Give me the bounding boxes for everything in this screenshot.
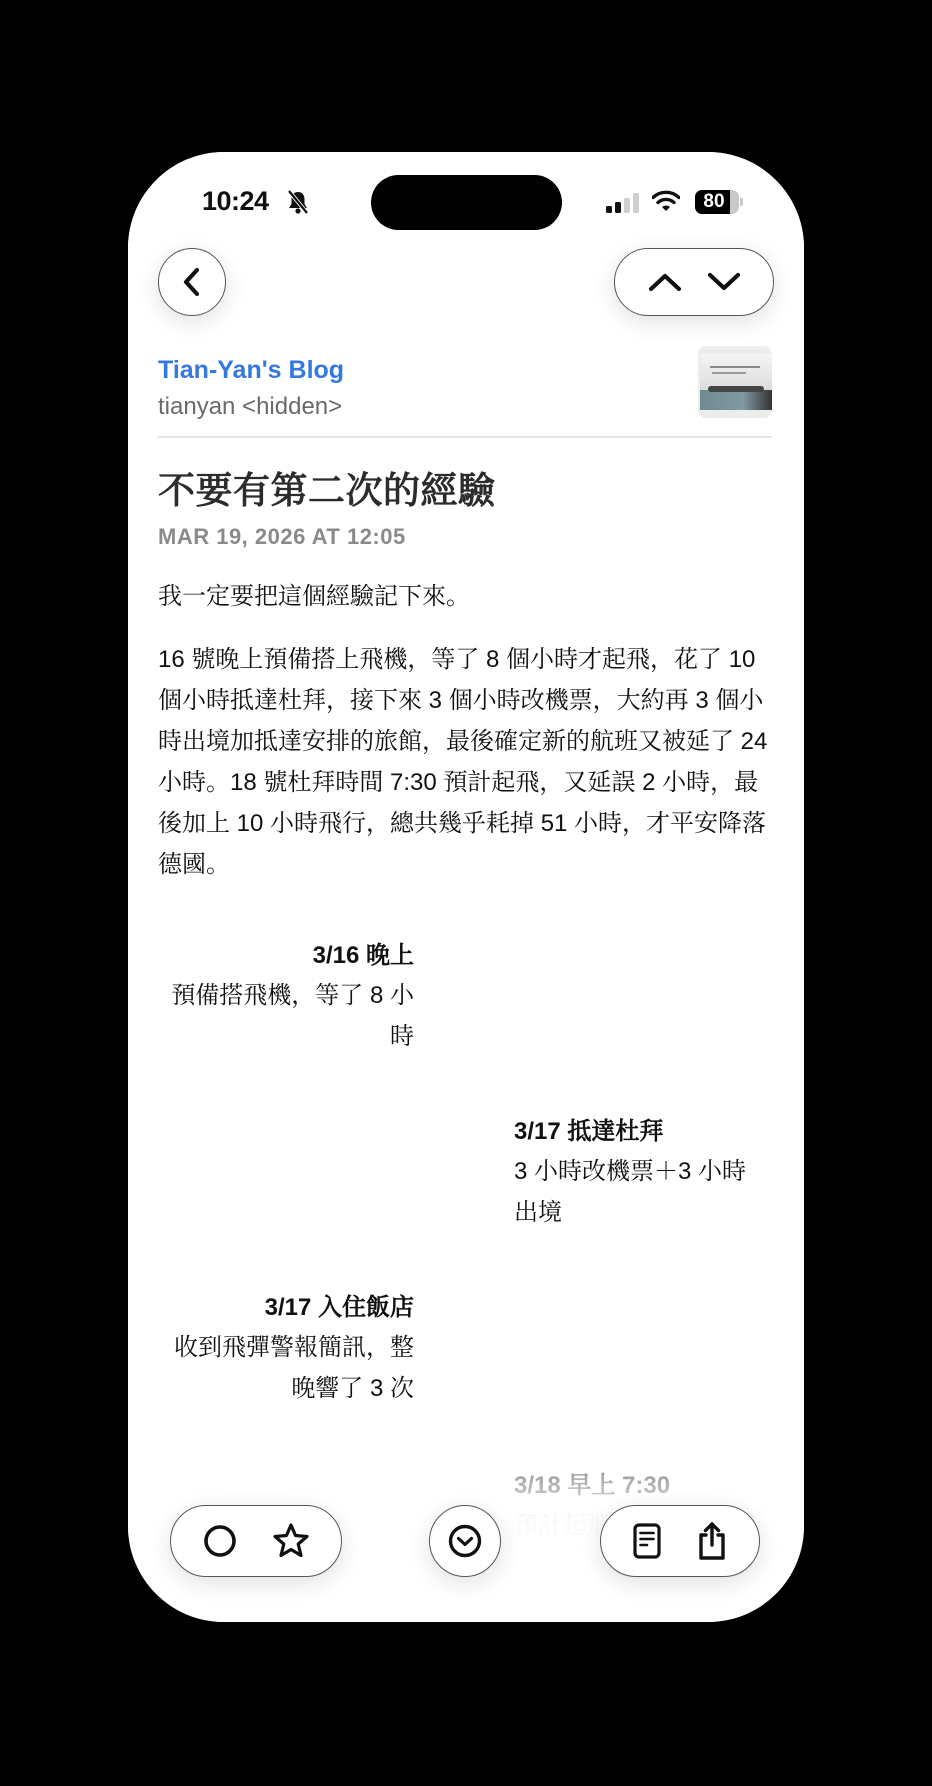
author-label: tianyan <hidden> bbox=[158, 393, 342, 421]
status-actions bbox=[170, 1505, 342, 1577]
timeline-item-heading: 3/17 抵達杜拜 bbox=[514, 1113, 770, 1151]
timeline-item-heading: 3/16 晚上 bbox=[158, 937, 414, 975]
status-bar: 10:24 bbox=[128, 152, 804, 242]
timeline-item: 3/16 晚上 預備搭飛機，等了 8 小時 bbox=[158, 937, 414, 1057]
chevron-up-icon[interactable] bbox=[648, 271, 682, 293]
cellular-signal-icon bbox=[606, 193, 640, 213]
mark-read-button[interactable] bbox=[429, 1505, 501, 1577]
status-time: 10:24 bbox=[202, 186, 269, 217]
dynamic-island bbox=[371, 175, 562, 230]
timeline-item-body: 3 小時改機票＋3 小時出境 bbox=[514, 1151, 770, 1233]
chevron-left-icon bbox=[181, 267, 203, 297]
paragraph: 我一定要把這個經驗記下來。 bbox=[158, 576, 772, 617]
document-icon[interactable] bbox=[632, 1522, 662, 1560]
chevron-down-circle-icon bbox=[447, 1523, 483, 1559]
feed-header: Tian-Yan's Blog tianyan <hidden> bbox=[158, 346, 772, 438]
timeline-item-body: 預備搭飛機，等了 8 小時 bbox=[158, 975, 414, 1057]
bell-slash-icon bbox=[286, 189, 310, 215]
star-icon[interactable] bbox=[272, 1522, 310, 1560]
share-icon[interactable] bbox=[695, 1521, 729, 1561]
post-title: 不要有第二次的經驗 bbox=[158, 460, 772, 514]
phone-screen: Tian-Yan's Blog tianyan <hidden> 不要有第二次的… bbox=[128, 152, 804, 1622]
typewriter-thumbnail bbox=[698, 346, 772, 418]
timeline-item-heading: 3/17 入住飯店 bbox=[158, 1289, 414, 1327]
paragraph: 16 號晚上預備搭上飛機，等了 8 個小時才起飛，花了 10 個小時抵達杜拜，接… bbox=[158, 639, 772, 885]
reader-share-actions bbox=[600, 1505, 760, 1577]
circle-icon[interactable] bbox=[202, 1523, 238, 1559]
back-button[interactable] bbox=[158, 248, 226, 316]
article-navigation bbox=[614, 248, 774, 316]
timeline-item: 3/17 抵達杜拜 3 小時改機票＋3 小時出境 bbox=[514, 1113, 770, 1233]
wifi-icon bbox=[652, 190, 680, 212]
timeline-item-body: 收到飛彈警報簡訊，整晚響了 3 次 bbox=[158, 1327, 414, 1409]
article: Tian-Yan's Blog tianyan <hidden> 不要有第二次的… bbox=[158, 346, 772, 937]
battery-indicator: 80 bbox=[695, 190, 743, 214]
timeline-item: 3/17 入住飯店 收到飛彈警報簡訊，整晚響了 3 次 bbox=[158, 1289, 414, 1409]
chevron-down-icon[interactable] bbox=[707, 271, 741, 293]
blog-name-link[interactable]: Tian-Yan's Blog bbox=[158, 356, 344, 385]
post-date: MAR 19, 2026 AT 12:05 bbox=[158, 524, 772, 550]
battery-level: 80 bbox=[695, 191, 733, 213]
